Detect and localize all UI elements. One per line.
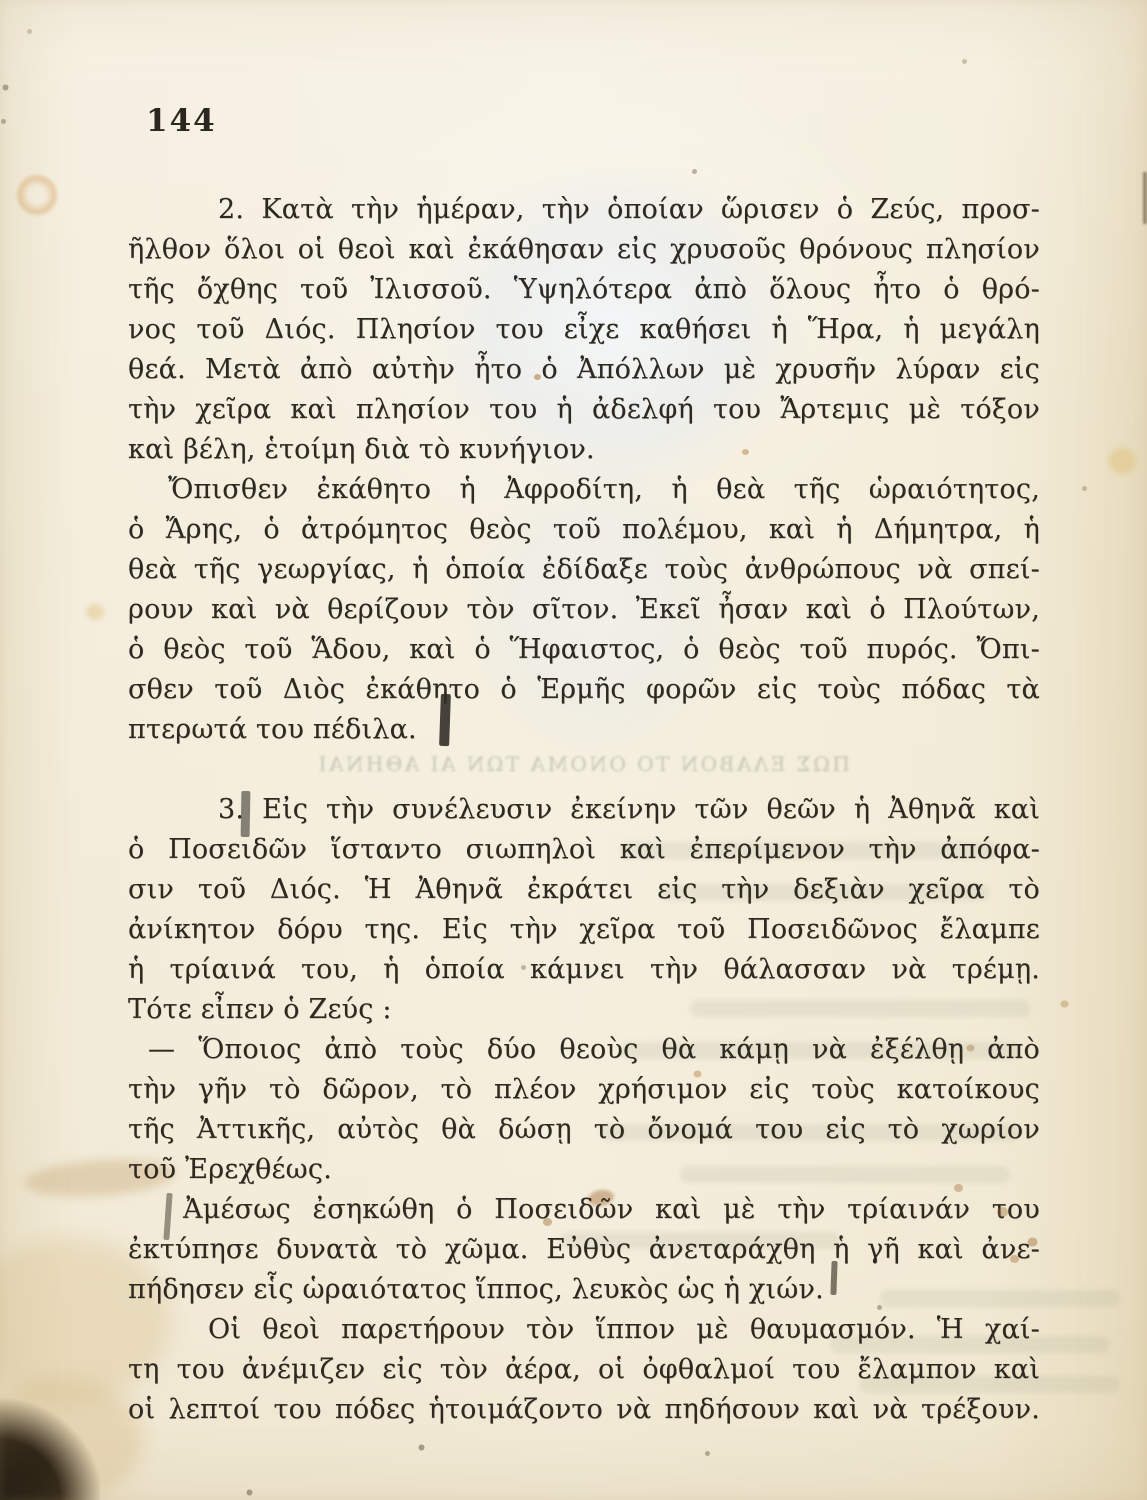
scan-edge-mark: [1143, 172, 1147, 224]
text-line: πήδησεν εἷς ὡραιότατος ἵππος, λευκὸς ὡς …: [128, 1270, 1040, 1310]
paper-freckles: [0, 0, 5, 4]
scan-corner-shadow: [0, 1398, 100, 1500]
stain: [16, 174, 58, 216]
text-line: τῆς Ἀττικῆς, αὐτὸς θὰ δώσῃ τὸ ὄνομά του …: [128, 1110, 1040, 1150]
text-line: ἡ τρίαινά του, ἡ ὁποία κάμνει τὴν θάλασσ…: [128, 950, 1040, 990]
text-line: ρουν καὶ νὰ θερίζουν τὸν σῖτον. Ἐκεῖ ἦσα…: [128, 590, 1040, 630]
paragraph-2: 2. Κατὰ τὴν ἡμέραν, τὴν ὁποίαν ὥρισεν ὁ …: [128, 190, 1040, 470]
text-line: νος τοῦ Διός. Πλησίον του εἶχε καθήσει ἡ…: [128, 310, 1040, 350]
text-line: θεά. Μετὰ ἀπὸ αὐτὴν ἦτο ὁ Ἀπόλλων μὲ χρυ…: [128, 350, 1040, 390]
paragraph-oi-theoi: Οἱ θεοὶ παρετήρουν τὸν ἵππον μὲ θαυμασμό…: [128, 1310, 1040, 1430]
ink-mark: [830, 1261, 837, 1295]
text-block: 2. Κατὰ τὴν ἡμέραν, τὴν ὁποίαν ὥρισεν ὁ …: [128, 190, 1040, 1430]
paragraph-3: 3. Εἰς τὴν συνέλευσιν ἐκείνην τῶν θεῶν ἡ…: [128, 790, 1040, 1190]
text-line: τὴν γῆν τὸ δῶρον, τὸ πλέον χρήσιμον εἰς …: [128, 1070, 1040, 1110]
text-line: — Ὅποιος ἀπὸ τοὺς δύο θεοὺς θὰ κάμῃ νὰ ἐ…: [128, 1030, 1040, 1070]
text-line: οἱ λεπτοί του πόδες ἡτοιμάζοντο νὰ πηδήσ…: [128, 1390, 1040, 1430]
text-line: τὴν χεῖρα καὶ πλησίον του ἡ ἀδελφή του Ἄ…: [128, 390, 1040, 430]
ink-mark: [241, 791, 251, 837]
text-line: καὶ βέλη, ἑτοίμη διὰ τὸ κυνήγιον.: [128, 430, 1040, 470]
text-line: τη του ἀνέμιζεν εἰς τὸν ἀέρα, οἱ ὀφθαλμο…: [128, 1350, 1040, 1390]
text-line: Οἱ θεοὶ παρετήρουν τὸν ἵππον μὲ θαυμασμό…: [128, 1310, 1040, 1350]
page-number: 144: [146, 103, 217, 139]
text-line: ὁ Ἄρης, ὁ ἀτρόμητος θεὸς τοῦ πολέμου, κα…: [128, 510, 1040, 550]
text-line: ὁ θεὸς τοῦ Ἅδου, καὶ ὁ Ἥφαιστος, ὁ θεὸς …: [128, 630, 1040, 670]
ink-mark: [439, 694, 451, 746]
book-page: ΠΩΣ ΕΛΑΒΟΝ ΤΟ ΟΝΟΜΑ ΤΩΝ ΑΙ ΑΘΗΝΑΙ 144 2.…: [0, 0, 1147, 1500]
text-line: ῆλθον ὅλοι οἱ θεοὶ καὶ ἐκάθησαν εἰς χρυσ…: [128, 230, 1040, 270]
text-line: σιν τοῦ Διός. Ἡ Ἀθηνᾶ ἐκράτει εἰς τὴν δε…: [128, 870, 1040, 910]
text-line: πτερωτά του πέδιλα.: [128, 710, 1040, 750]
text-line: τοῦ Ἐρεχθέως.: [128, 1150, 1040, 1190]
text-line: 2. Κατὰ τὴν ἡμέραν, τὴν ὁποίαν ὥρισεν ὁ …: [128, 190, 1040, 230]
text-line: σθεν τοῦ Διὸς ἐκάθητο ὁ Ἑρμῆς φορῶν εἰς …: [128, 670, 1040, 710]
text-line: τῆς ὄχθης τοῦ Ἰλισσοῦ. Ὑψηλότερα ἀπὸ ὅλο…: [128, 270, 1040, 310]
text-line: Τότε εἶπεν ὁ Ζεύς :: [128, 990, 1040, 1030]
text-line: Ὄπισθεν ἐκάθητο ἡ Ἀφροδίτη, ἡ θεὰ τῆς ὡρ…: [128, 470, 1040, 510]
text-line: ἀνίκητον δόρυ της. Εἰς τὴν χεῖρα τοῦ Ποσ…: [128, 910, 1040, 950]
stain: [1108, 448, 1136, 474]
paragraph-amesos: Ἀμέσως ἐσηκώθη ὁ Ποσειδῶν καὶ μὲ τὴν τρί…: [128, 1190, 1040, 1310]
paragraph-gap: [128, 750, 1040, 790]
text-line: 3. Εἰς τὴν συνέλευσιν ἐκείνην τῶν θεῶν ἡ…: [128, 790, 1040, 830]
text-line: ἐκτύπησε δυνατὰ τὸ χῶμα. Εὐθὺς ἀνεταράχθ…: [128, 1230, 1040, 1270]
paragraph-opisthen: Ὄπισθεν ἐκάθητο ἡ Ἀφροδίτη, ἡ θεὰ τῆς ὡρ…: [128, 470, 1040, 750]
text-line: ὁ Ποσειδῶν ἵσταντο σιωπηλοὶ καὶ ἐπερίμεν…: [128, 830, 1040, 870]
text-line: Ἀμέσως ἐσηκώθη ὁ Ποσειδῶν καὶ μὲ τὴν τρί…: [128, 1190, 1040, 1230]
text-line: θεὰ τῆς γεωργίας, ἡ ὁποία ἐδίδαξε τοὺς ἀ…: [128, 550, 1040, 590]
stain: [86, 604, 104, 620]
